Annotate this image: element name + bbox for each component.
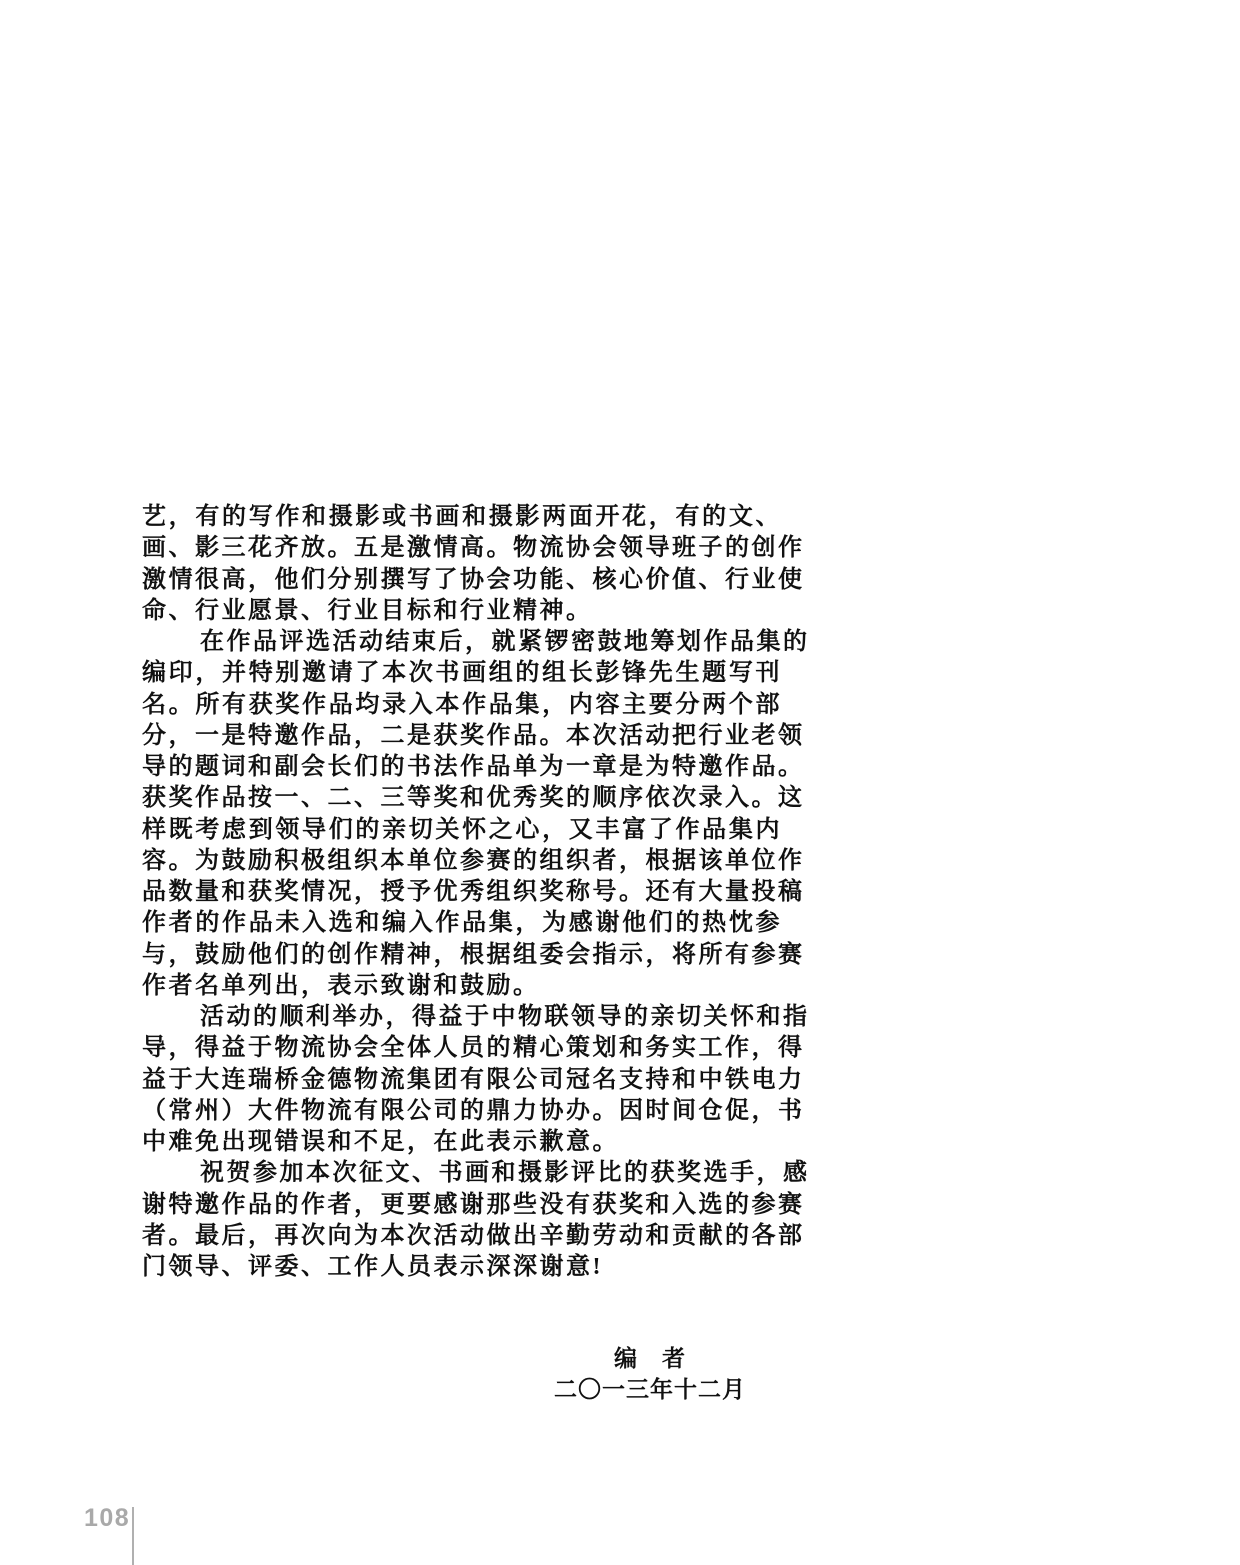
body-text-line: 艺，有的写作和摄影或书画和摄影两面开花，有的文、 bbox=[142, 502, 782, 533]
signature-date: 二〇一三年十二月 bbox=[480, 1374, 820, 1405]
body-text-line: 作者的作品未入选和编入作品集，为感谢他们的热忱参 bbox=[142, 908, 782, 939]
body-text: 艺，有的写作和摄影或书画和摄影两面开花，有的文、画、影三花齐放。五是激情高。物流… bbox=[142, 502, 782, 1283]
body-text-line: 激情很高，他们分别撰写了协会功能、核心价值、行业使 bbox=[142, 565, 782, 596]
signature-block: 编 者 二〇一三年十二月 bbox=[480, 1343, 820, 1405]
body-text-line: 样既考虑到领导们的亲切关怀之心，又丰富了作品集内 bbox=[142, 815, 782, 846]
body-text-line: 中难免出现错误和不足，在此表示歉意。 bbox=[142, 1127, 782, 1158]
book-page: 艺，有的写作和摄影或书画和摄影两面开花，有的文、画、影三花齐放。五是激情高。物流… bbox=[0, 0, 1240, 1565]
body-text-line: 谢特邀作品的作者，更要感谢那些没有获奖和入选的参赛 bbox=[142, 1190, 782, 1221]
body-text-line: 益于大连瑞桥金德物流集团有限公司冠名支持和中铁电力 bbox=[142, 1065, 782, 1096]
body-text-line: 门领导、评委、工作人员表示深深谢意! bbox=[142, 1252, 782, 1283]
body-text-line: 获奖作品按一、二、三等奖和优秀奖的顺序依次录入。这 bbox=[142, 783, 782, 814]
body-text-line: 命、行业愿景、行业目标和行业精神。 bbox=[142, 596, 782, 627]
body-text-line: 在作品评选活动结束后，就紧锣密鼓地筹划作品集的 bbox=[142, 627, 782, 658]
footer-rule-line bbox=[132, 1507, 134, 1565]
body-text-line: 品数量和获奖情况，授予优秀组织奖称号。还有大量投稿 bbox=[142, 877, 782, 908]
body-text-line: 作者名单列出，表示致谢和鼓励。 bbox=[142, 971, 782, 1002]
body-text-line: 与，鼓励他们的创作精神，根据组委会指示，将所有参赛 bbox=[142, 940, 782, 971]
body-text-line: 者。最后，再次向为本次活动做出辛勤劳动和贡献的各部 bbox=[142, 1221, 782, 1252]
body-text-line: 容。为鼓励积极组织本单位参赛的组织者，根据该单位作 bbox=[142, 846, 782, 877]
signature-editor: 编 者 bbox=[480, 1343, 820, 1374]
body-text-line: 编印，并特别邀请了本次书画组的组长彭锋先生题写刊 bbox=[142, 658, 782, 689]
body-text-line: 祝贺参加本次征文、书画和摄影评比的获奖选手，感 bbox=[142, 1158, 782, 1189]
body-text-line: 分，一是特邀作品，二是获奖作品。本次活动把行业老领 bbox=[142, 721, 782, 752]
body-text-line: 导，得益于物流协会全体人员的精心策划和务实工作，得 bbox=[142, 1033, 782, 1064]
page-number: 108 bbox=[84, 1504, 130, 1533]
body-text-line: （常州）大件物流有限公司的鼎力协办。因时间仓促，书 bbox=[142, 1096, 782, 1127]
body-text-line: 画、影三花齐放。五是激情高。物流协会领导班子的创作 bbox=[142, 533, 782, 564]
body-text-line: 名。所有获奖作品均录入本作品集，内容主要分两个部 bbox=[142, 690, 782, 721]
body-text-line: 活动的顺利举办，得益于中物联领导的亲切关怀和指 bbox=[142, 1002, 782, 1033]
body-text-line: 导的题词和副会长们的书法作品单为一章是为特邀作品。 bbox=[142, 752, 782, 783]
